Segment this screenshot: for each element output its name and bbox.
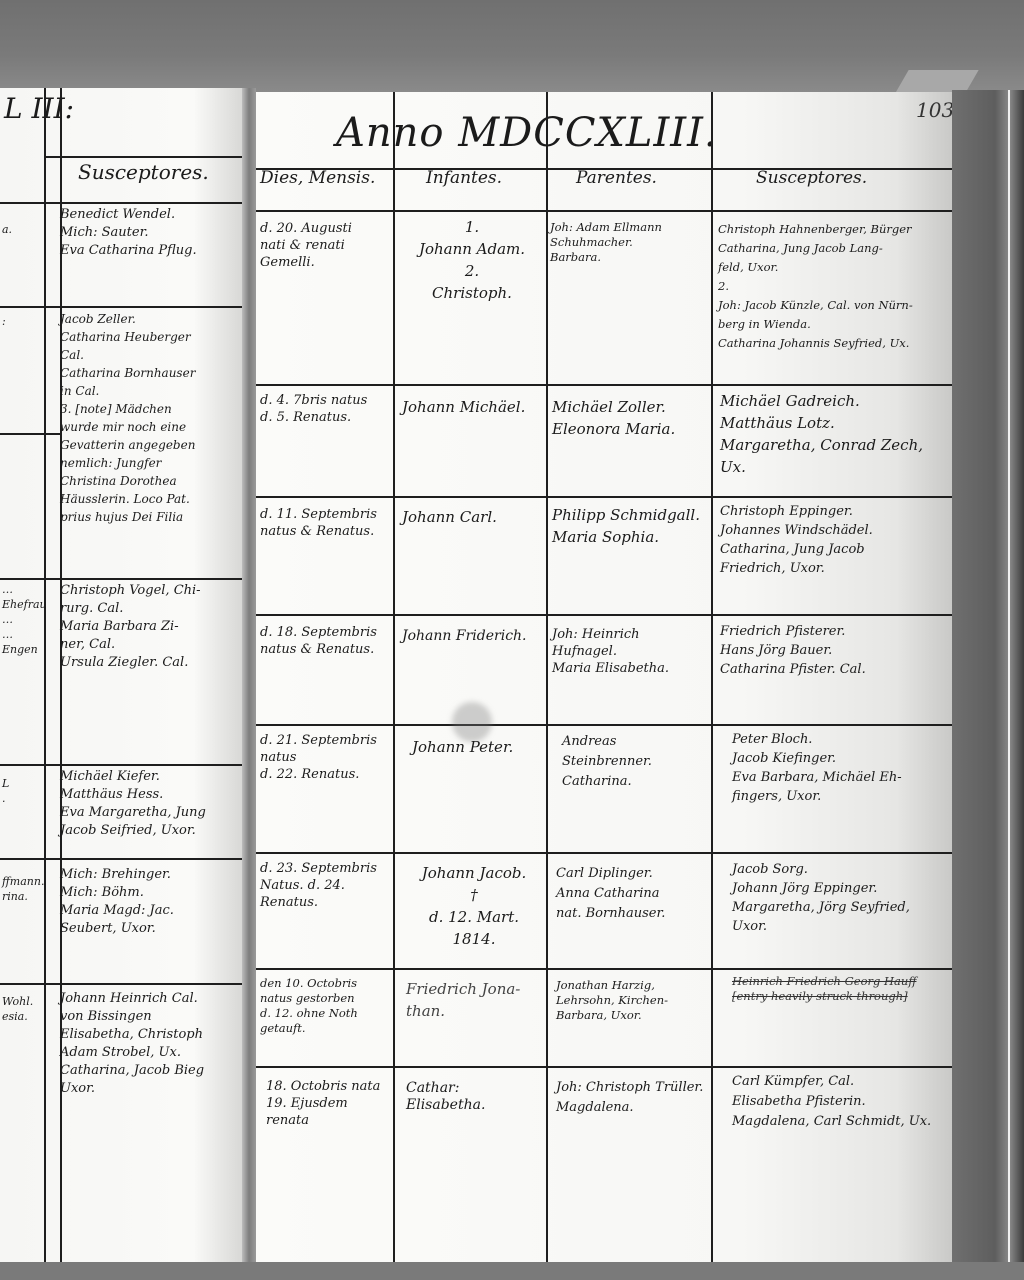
column-rule — [546, 92, 548, 1262]
left-row-fragment: a. — [2, 222, 42, 237]
entry-infant: Johann Jacob. † d. 12. Mart. 1814. — [406, 862, 542, 950]
entry-date: 18. Octobris nata 19. Ejusdem renata — [266, 1078, 392, 1129]
left-sponsors-entry: Michäel Kiefer. Matthäus Hess. Eva Marga… — [60, 768, 242, 840]
left-sponsors-entry: Benedict Wendel. Mich: Sauter. Eva Catha… — [60, 206, 242, 260]
entry-infant: Cathar: Elisabetha. — [406, 1080, 542, 1114]
row-rule — [0, 202, 242, 204]
row-rule — [46, 156, 242, 158]
row-rule — [256, 1066, 952, 1068]
entry-infant: Friedrich Jona- than. — [406, 978, 542, 1022]
book-fore-edge — [952, 90, 1024, 1280]
entry-parents: Jonathan Harzig, Lehrsohn, Kirchen- Barb… — [556, 978, 708, 1023]
entry-date: d. 20. Augusti nati & renati Gemelli. — [260, 220, 390, 271]
column-rule — [711, 92, 713, 1262]
right-page: Anno MDCCXLIII. 103 Dies, Mensis. Infant… — [256, 92, 952, 1262]
entry-infant: Johann Michäel. — [402, 396, 542, 418]
entry-sponsors: Michäel Gadreich. Matthäus Lotz. Margare… — [720, 390, 948, 478]
book-gutter — [242, 88, 256, 1266]
left-row-fragment: Wohl. esia. — [2, 994, 42, 1024]
entry-infant: Johann Carl. — [402, 506, 542, 528]
row-rule — [0, 764, 242, 766]
entry-sponsors: Christoph Eppinger. Johannes Windschädel… — [720, 502, 948, 578]
entry-sponsors: Peter Bloch. Jacob Kiefinger. Eva Barbar… — [732, 730, 948, 806]
left-sponsors-entry: Christoph Vogel, Chi- rurg. Cal. Maria B… — [60, 582, 242, 672]
entry-date: d. 4. 7bris natus d. 5. Renatus. — [260, 392, 390, 426]
entry-infant: 1. Johann Adam. 2. Christoph. — [402, 216, 542, 304]
page-number: 103 — [916, 98, 952, 122]
left-sponsors-entry: Johann Heinrich Cal. von Bissingen Elisa… — [60, 990, 242, 1098]
column-header-sponsors: Susceptores. — [756, 168, 867, 188]
column-header-infants: Infantes. — [426, 168, 502, 188]
scanner-backdrop-bottom — [0, 1262, 1024, 1280]
column-header-date: Dies, Mensis. — [260, 168, 375, 188]
entry-parents: Joh: Adam Ellmann Schuhmacher. Barbara. — [550, 220, 708, 265]
entry-parents: Michäel Zoller. Eleonora Maria. — [552, 396, 708, 440]
row-rule — [256, 852, 952, 854]
entry-infant: Johann Friderich. — [402, 628, 542, 645]
left-column-header: Susceptores. — [78, 160, 209, 184]
entry-sponsors: Carl Kümpfer, Cal. Elisabetha Pfisterin.… — [732, 1072, 948, 1132]
entry-date: d. 11. Septembris natus & Renatus. — [260, 506, 390, 540]
entry-date: den 10. Octobris natus gestorben d. 12. … — [260, 976, 390, 1036]
entry-parents: Carl Diplinger. Anna Catharina nat. Born… — [556, 864, 708, 924]
entry-parents: Joh: Christoph Trüller. Magdalena. — [556, 1078, 708, 1118]
row-rule — [256, 496, 952, 498]
entry-parents: Andreas Steinbrenner. Catharina. — [562, 732, 708, 792]
entry-date: d. 21. Septembris natus d. 22. Renatus. — [260, 732, 390, 783]
row-rule — [256, 614, 952, 616]
entry-sponsors: Jacob Sorg. Johann Jörg Eppinger. Margar… — [732, 860, 948, 936]
scanner-backdrop-top — [0, 0, 1024, 92]
row-rule — [0, 858, 242, 860]
entry-date: d. 23. Septembris Natus. d. 24. Renatus. — [260, 860, 390, 911]
row-rule — [256, 210, 952, 212]
column-rule — [44, 88, 46, 1266]
left-page: L III: Susceptores. a. Benedict Wendel. … — [0, 88, 242, 1266]
left-row-fragment: L . — [2, 776, 42, 806]
row-rule — [256, 384, 952, 386]
left-sponsors-entry: Jacob Zeller. Catharina Heuberger Cal. C… — [60, 310, 242, 526]
entry-sponsors: Christoph Hahnenberger, Bürger Catharina… — [718, 220, 948, 353]
entry-parents: Philipp Schmidgall. Maria Sophia. — [552, 504, 708, 548]
entry-sponsors: Friedrich Pfisterer. Hans Jörg Bauer. Ca… — [720, 622, 948, 679]
entry-sponsors-struck: Heinrich Friedrich Georg Hauff [entry he… — [732, 974, 948, 1004]
entry-date: d. 18. Septembris natus & Renatus. — [260, 624, 390, 658]
left-row-fragment: : — [2, 314, 42, 329]
column-header-parents: Parentes. — [576, 168, 657, 188]
left-page-title: L III: — [4, 92, 74, 125]
row-rule — [0, 983, 242, 985]
left-row-fragment: ffmann. rina. — [2, 874, 42, 904]
column-rule — [393, 92, 395, 1262]
left-row-fragment: … Ehefrau … … Engen — [2, 582, 42, 657]
row-rule — [256, 968, 952, 970]
row-rule — [0, 306, 242, 308]
row-rule — [256, 724, 952, 726]
entry-parents: Joh: Heinrich Hufnagel. Maria Elisabetha… — [552, 626, 708, 677]
left-sponsors-entry: Mich: Brehinger. Mich: Böhm. Maria Magd:… — [60, 866, 242, 938]
row-rule — [0, 578, 242, 580]
entry-infant: Johann Peter. — [412, 736, 542, 758]
row-rule — [0, 433, 60, 435]
